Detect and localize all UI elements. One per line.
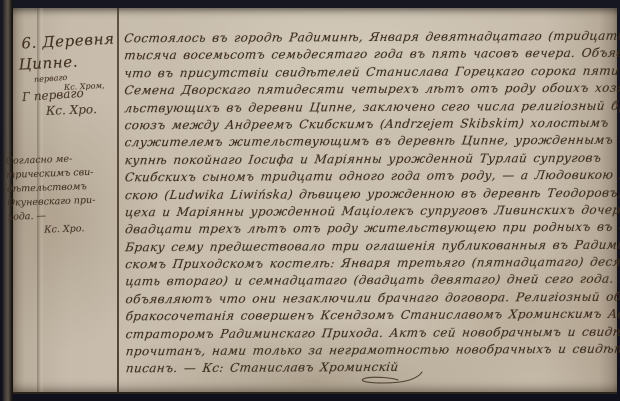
record-line: Скибскихъ сыномъ тридцати одного года от… (124, 167, 615, 187)
margin-record-header: 6. Деревня Ципне. (21, 30, 116, 74)
margin-certificate-note: Согласно ме- трическимъ сви- дѣтельством… (6, 151, 117, 239)
record-line: бракосочетанія совершенъ Ксендзомъ Стани… (125, 306, 616, 326)
record-line: тысяча восемьсотъ семьдесятаго года въ п… (123, 45, 614, 65)
margin-small-note-4: Кс. Хро. (46, 102, 97, 118)
margin-rule-line (117, 8, 119, 392)
record-number-and-village: 6. Деревня (21, 30, 115, 53)
record-text-block: Состоялось въ городѣ Радиминѣ, Января де… (124, 28, 615, 378)
record-line: служителемъ жительствующимъ въ деревнѣ Ц… (124, 132, 615, 152)
signature-flourish-icon (338, 370, 428, 386)
record-line: двадцати трехъ лѣтъ отъ роду жительствую… (124, 219, 615, 239)
document-scan: 6. Деревня Ципне. перваго Кс. Хром, Г пе… (0, 0, 620, 401)
record-line: Семена Дворскаго пятидесяти четырехъ лѣт… (123, 80, 614, 100)
